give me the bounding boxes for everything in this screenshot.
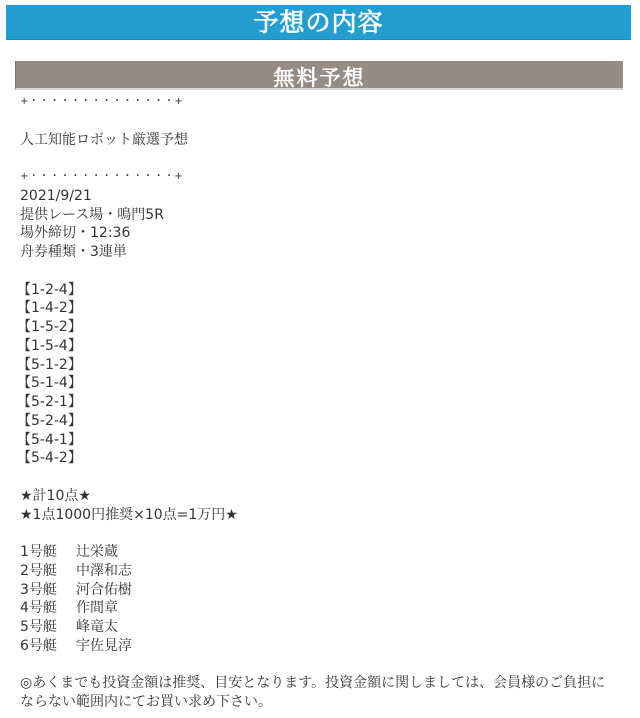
page-header: 予想の内容 (6, 5, 631, 40)
boat-list: 1号艇辻栄蔵 2号艇中澤和志 3号艇河合佑樹 4号艇作間章 5号艇峰竜太 6号艇… (20, 543, 614, 656)
combination-item: 【1-4-2】 (17, 299, 614, 318)
combination-item: 【5-2-4】 (17, 412, 614, 431)
boat-row: 3号艇河合佑樹 (20, 581, 614, 600)
bet-type: 舟券種類・3連単 (20, 243, 614, 262)
prediction-content: +・・・・・・・・・・・・・・+ 人工知能ロボット厳選予想 +・・・・・・・・・… (20, 93, 614, 712)
combination-item: 【1-5-2】 (17, 318, 614, 337)
race-venue: 提供レース場・鳴門5R (20, 206, 614, 225)
boat-number: 5号艇 (20, 618, 76, 637)
prediction-heading: 人工知能ロボット厳選予想 (20, 131, 614, 150)
race-date: 2021/9/21 (20, 187, 614, 206)
combination-item: 【5-1-4】 (17, 374, 614, 393)
section-header: 無料予想 (15, 61, 623, 90)
racer-name: 作間章 (76, 600, 118, 616)
boat-row: 6号艇宇佐見淳 (20, 637, 614, 656)
race-deadline: 場外締切・12:36 (20, 224, 614, 243)
combination-item: 【5-4-1】 (17, 431, 614, 450)
combination-item: 【1-2-4】 (17, 281, 614, 300)
section-title: 無料予想 (274, 68, 366, 89)
total-points: ★計10点★ (20, 487, 614, 506)
boat-number: 1号艇 (20, 543, 76, 562)
racer-name: 峰竜太 (76, 619, 118, 635)
spacer (20, 524, 614, 543)
separator: +・・・・・・・・・・・・・・+ (20, 168, 614, 187)
racer-name: 宇佐見淳 (76, 638, 132, 654)
spacer (20, 262, 614, 281)
boat-number: 6号艇 (20, 637, 76, 656)
separator: +・・・・・・・・・・・・・・+ (20, 93, 614, 112)
racer-name: 河合佑樹 (76, 582, 132, 598)
racer-name: 辻栄蔵 (76, 544, 118, 560)
boat-number: 2号艇 (20, 562, 76, 581)
disclaimer-text: ◎あくまでも投資金額は推奨、目安となります。投資金額に関しましては、会員様のご負… (20, 674, 614, 712)
spacer (20, 656, 614, 675)
boat-number: 4号艇 (20, 599, 76, 618)
combination-item: 【5-1-2】 (17, 356, 614, 375)
spacer (20, 112, 614, 131)
combination-item: 【5-4-2】 (17, 449, 614, 468)
combination-item: 【1-5-4】 (17, 337, 614, 356)
bet-recommendation: ★1点1000円推奨×10点=1万円★ (20, 506, 614, 525)
combination-item: 【5-2-1】 (17, 393, 614, 412)
boat-row: 1号艇辻栄蔵 (20, 543, 614, 562)
spacer (20, 468, 614, 487)
boat-row: 4号艇作間章 (20, 599, 614, 618)
racer-name: 中澤和志 (76, 563, 132, 579)
page-title: 予想の内容 (253, 10, 383, 35)
boat-number: 3号艇 (20, 581, 76, 600)
boat-row: 2号艇中澤和志 (20, 562, 614, 581)
spacer (20, 149, 614, 168)
boat-row: 5号艇峰竜太 (20, 618, 614, 637)
combination-list: 【1-2-4】 【1-4-2】 【1-5-2】 【1-5-4】 【5-1-2】 … (20, 281, 614, 469)
